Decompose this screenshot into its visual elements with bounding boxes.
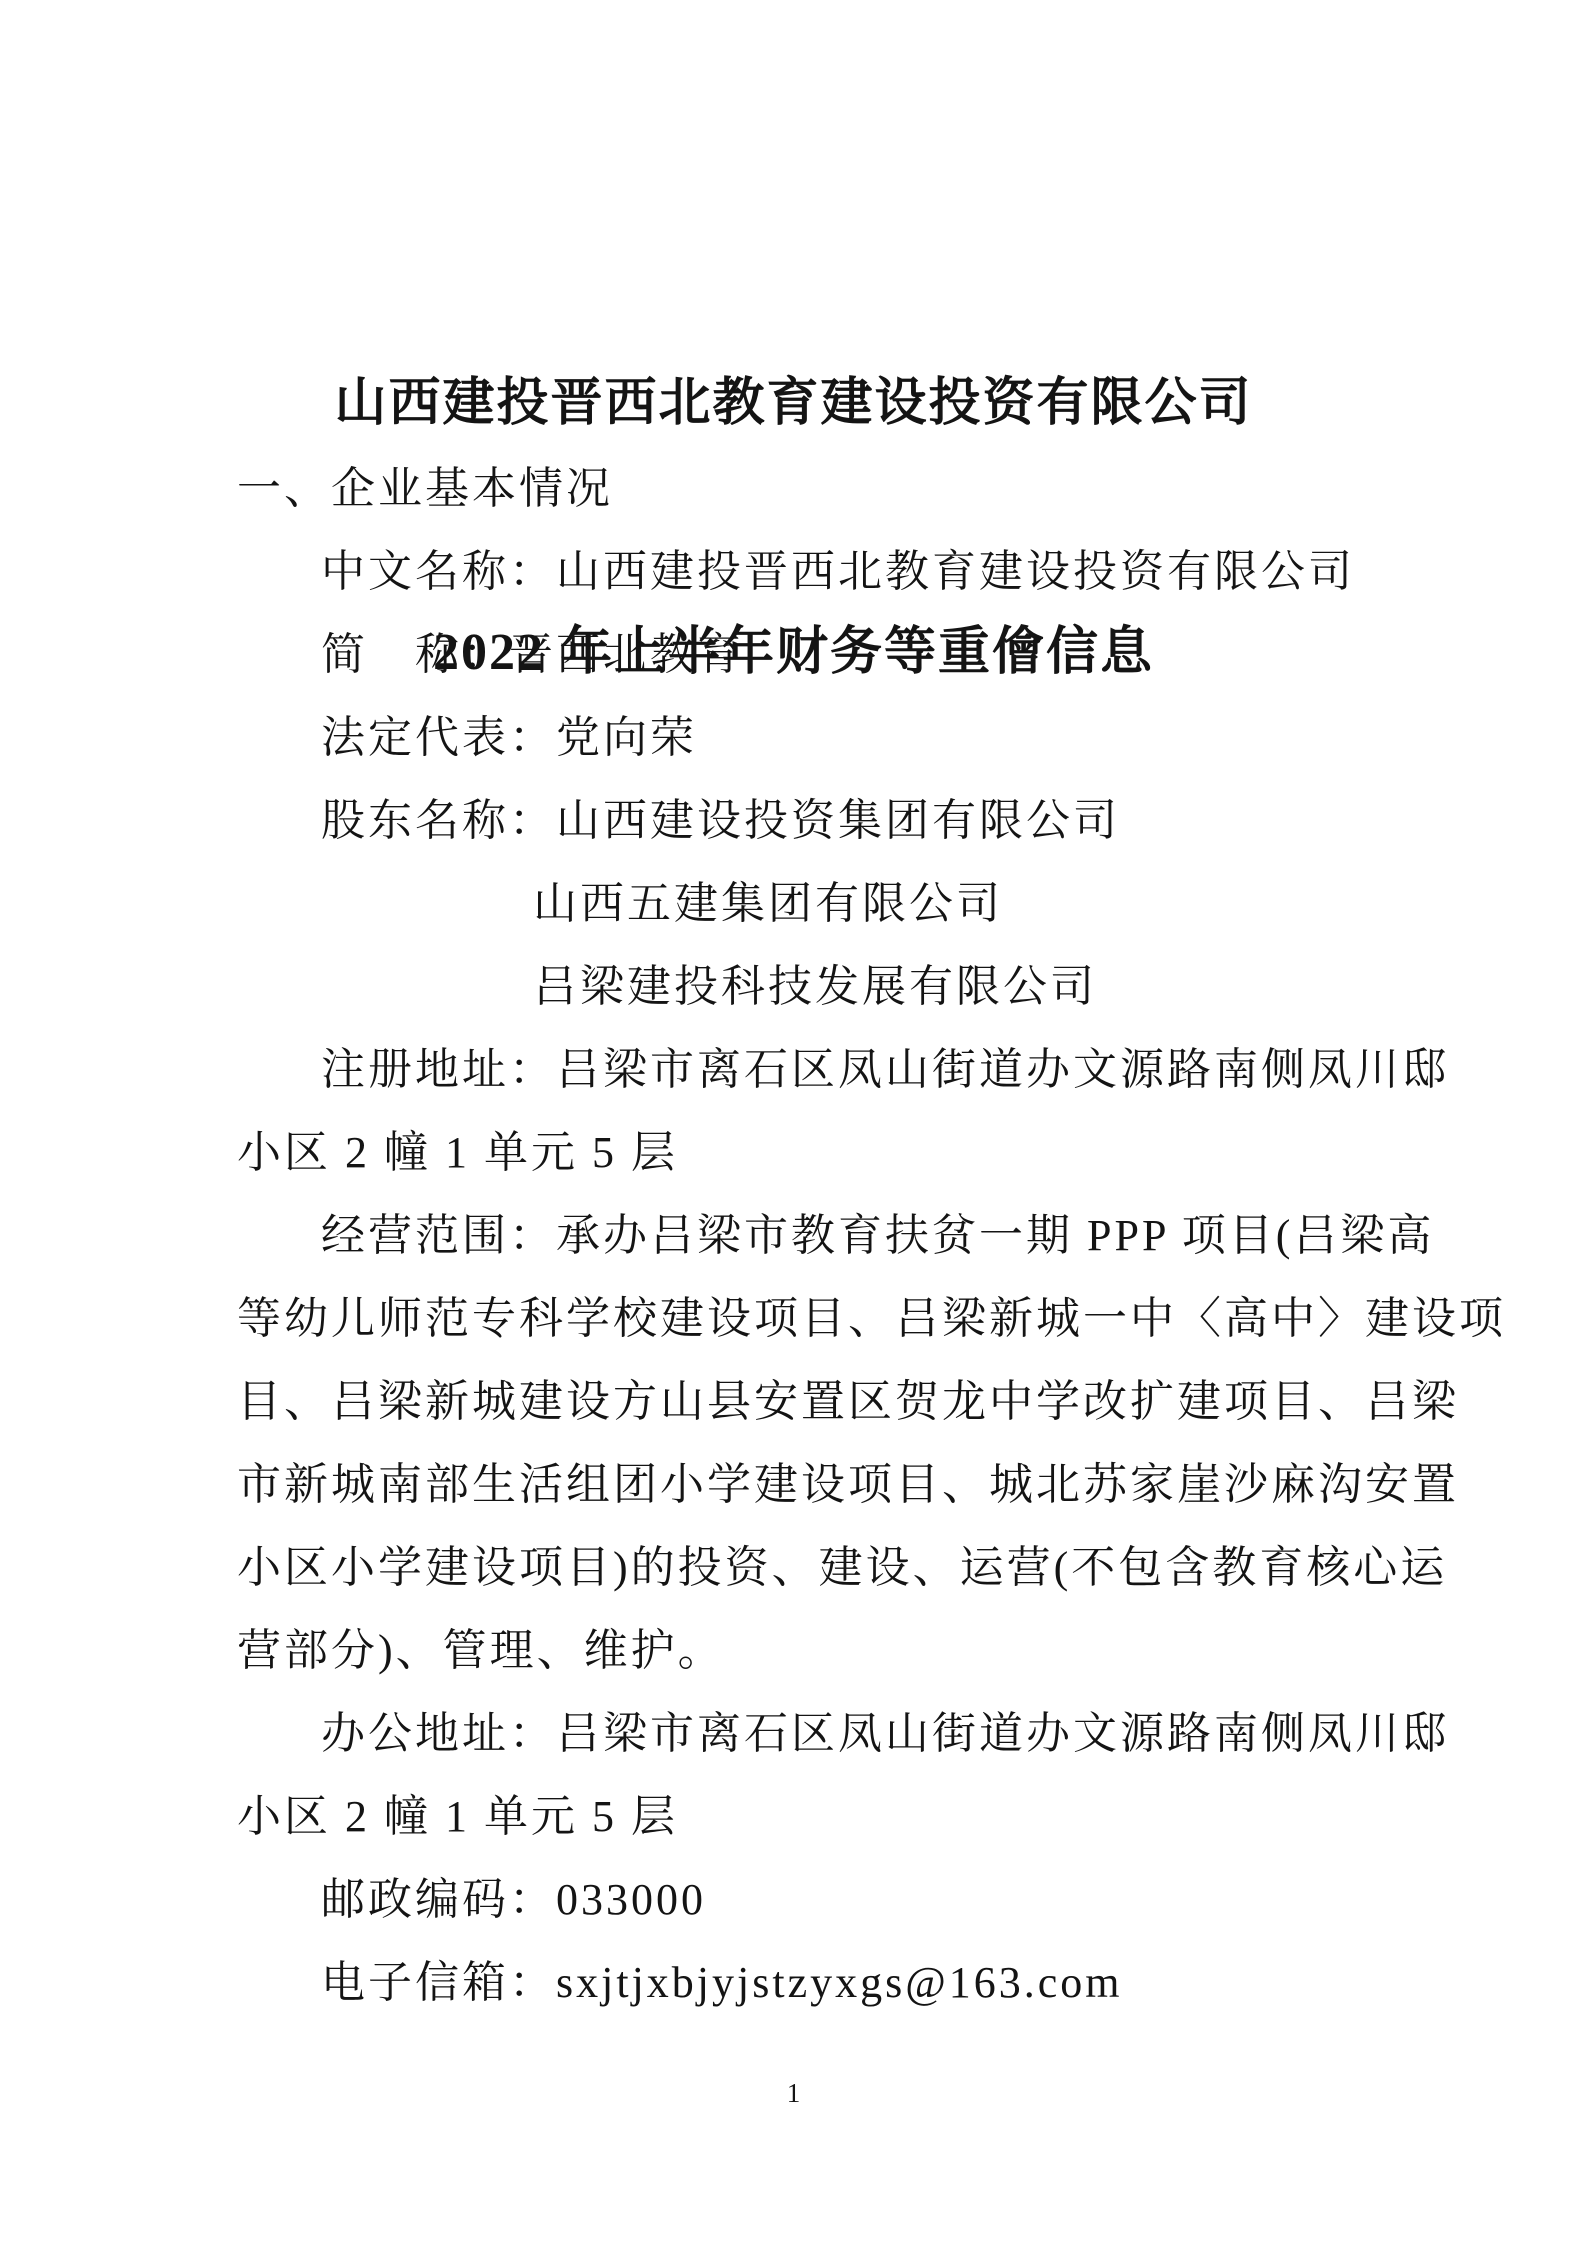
shareholder-line: 吕梁建投科技发展有限公司 [237,945,1367,1028]
field-office-address: 办公地址：吕梁市离石区凤山街道办文源路南侧凤川邸 [237,1692,1367,1775]
document-page: 山西建投晋西北教育建设投资有限公司 2022 年上半年财务等重儈信息 一、企业基… [0,0,1587,2245]
field-postal-code: 邮政编码：033000 [237,1858,1367,1941]
field-business-scope: 经营范围：承办吕梁市教育扶贫一期 PPP 项目(吕梁高 [237,1194,1367,1277]
field-short-name: 简 称：晋西北教育 [237,613,1367,696]
document-title-line1: 山西建投晋西北教育建设投资有限公司 [0,362,1587,445]
field-registered-address-wrap: 小区 2 幢 1 单元 5 层 [237,1111,1367,1194]
section-heading: 一、企业基本情况 [237,447,1367,530]
document-body: 一、企业基本情况中文名称：山西建投晋西北教育建设投资有限公司简 称：晋西北教育法… [237,447,1367,2024]
field-business-scope-wrap: 目、吕梁新城建设方山县安置区贺龙中学改扩建项目、吕梁 [237,1360,1367,1443]
field-business-scope-wrap: 市新城南部生活组团小学建设项目、城北苏家崖沙麻沟安置 [237,1443,1367,1526]
field-office-address-wrap: 小区 2 幢 1 单元 5 层 [237,1775,1367,1858]
shareholder-line: 山西五建集团有限公司 [237,862,1367,945]
field-shareholder-names: 股东名称：山西建设投资集团有限公司 [237,779,1367,862]
field-registered-address: 注册地址：吕梁市离石区凤山街道办文源路南侧凤川邸 [237,1028,1367,1111]
field-business-scope-wrap: 等幼儿师范专科学校建设项目、吕梁新城一中〈高中〉建设项 [237,1277,1367,1360]
page-number: 1 [0,2078,1587,2109]
field-chinese-name: 中文名称：山西建投晋西北教育建设投资有限公司 [237,530,1367,613]
field-business-scope-wrap: 营部分)、管理、维护。 [237,1609,1367,1692]
field-email: 电子信箱：sxjtjxbjyjstzyxgs@163.com [237,1941,1367,2024]
field-business-scope-wrap: 小区小学建设项目)的投资、建设、运营(不包含教育核心运 [237,1526,1367,1609]
field-legal-representative: 法定代表：党向荣 [237,696,1367,779]
